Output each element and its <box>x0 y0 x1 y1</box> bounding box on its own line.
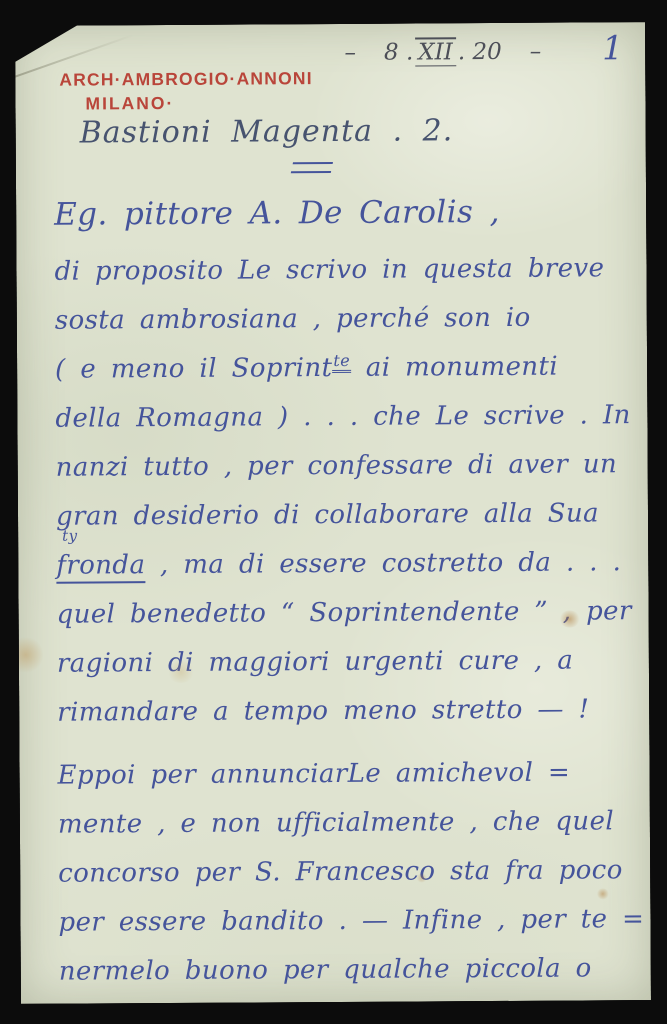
letter-body: Eg. pittore A. De Carolis , di proposito… <box>54 188 643 997</box>
letter-page: –8 .XII. 20– 1 ARCH·AMBROGIO·ANNONI MILA… <box>15 22 651 1004</box>
letterhead: ARCH·AMBROGIO·ANNONI MILANO· <box>59 68 313 115</box>
body-line: rimandare a tempo meno stretto — ! <box>57 685 641 738</box>
body-line-fronda: tyfronda , ma di essere costretto da . .… <box>56 538 640 591</box>
page-number: 1 <box>602 28 623 67</box>
body-line: Eppoi per annunciarLe amichevol = <box>57 748 641 801</box>
body-line: di proposito Le scrivo in questa breve <box>54 244 638 297</box>
salutation: Eg. pittore A. De Carolis , <box>54 188 638 248</box>
body-line-text: ( e meno il Soprint <box>55 353 332 385</box>
date-year: . 20 <box>458 39 502 65</box>
underlined-word: fronda <box>56 550 145 584</box>
body-line-superscript: ( e meno il Soprintte ai monumenti <box>55 342 639 395</box>
body-line: ragioni di maggiori urgenti cure , a <box>57 636 641 689</box>
body-line: nermelo buono per qualche piccola o <box>59 944 643 997</box>
body-line: sosta ambrosiana , perché son io <box>55 293 639 346</box>
body-line: della Romagna ) . . . che Le scrive . In… <box>55 391 639 444</box>
date-dash-right: – <box>530 39 542 65</box>
body-line: nanzi tutto , per confessare di aver un <box>56 440 640 493</box>
body-line: quel benedetto “ Soprintendente ” , per <box>56 587 640 640</box>
body-line: per essere bandito . — Infine , per te = <box>58 895 642 948</box>
letterhead-city: MILANO· <box>85 92 313 114</box>
date-line: –8 .XII. 20– <box>344 39 541 66</box>
insertion-mark: ty <box>62 529 77 544</box>
date-month-roman: XII <box>415 37 456 66</box>
body-line-text: , ma di essere costretto da . . . <box>145 547 621 580</box>
foxing-stain <box>15 636 43 674</box>
body-line-text: ai monumenti <box>351 352 558 383</box>
date-dash-left: – <box>344 40 356 66</box>
body-line: concorso per S. Francesco sta fra poco <box>58 846 642 899</box>
body-line: gran desiderio di collaborare alla Sua <box>56 489 640 542</box>
body-line: mente , e non ufficialmente , che quel <box>58 797 642 850</box>
double-underline-mark <box>291 162 333 173</box>
superscript-abbreviation: te <box>332 351 351 373</box>
letterhead-name: ARCH·AMBROGIO·ANNONI <box>59 68 313 91</box>
scan-background: { "colors": { "scan_background": "#0c0c0… <box>0 0 667 1024</box>
address-line: Bastioni Magenta . 2. <box>80 113 454 150</box>
date-day: 8 . <box>384 40 413 66</box>
